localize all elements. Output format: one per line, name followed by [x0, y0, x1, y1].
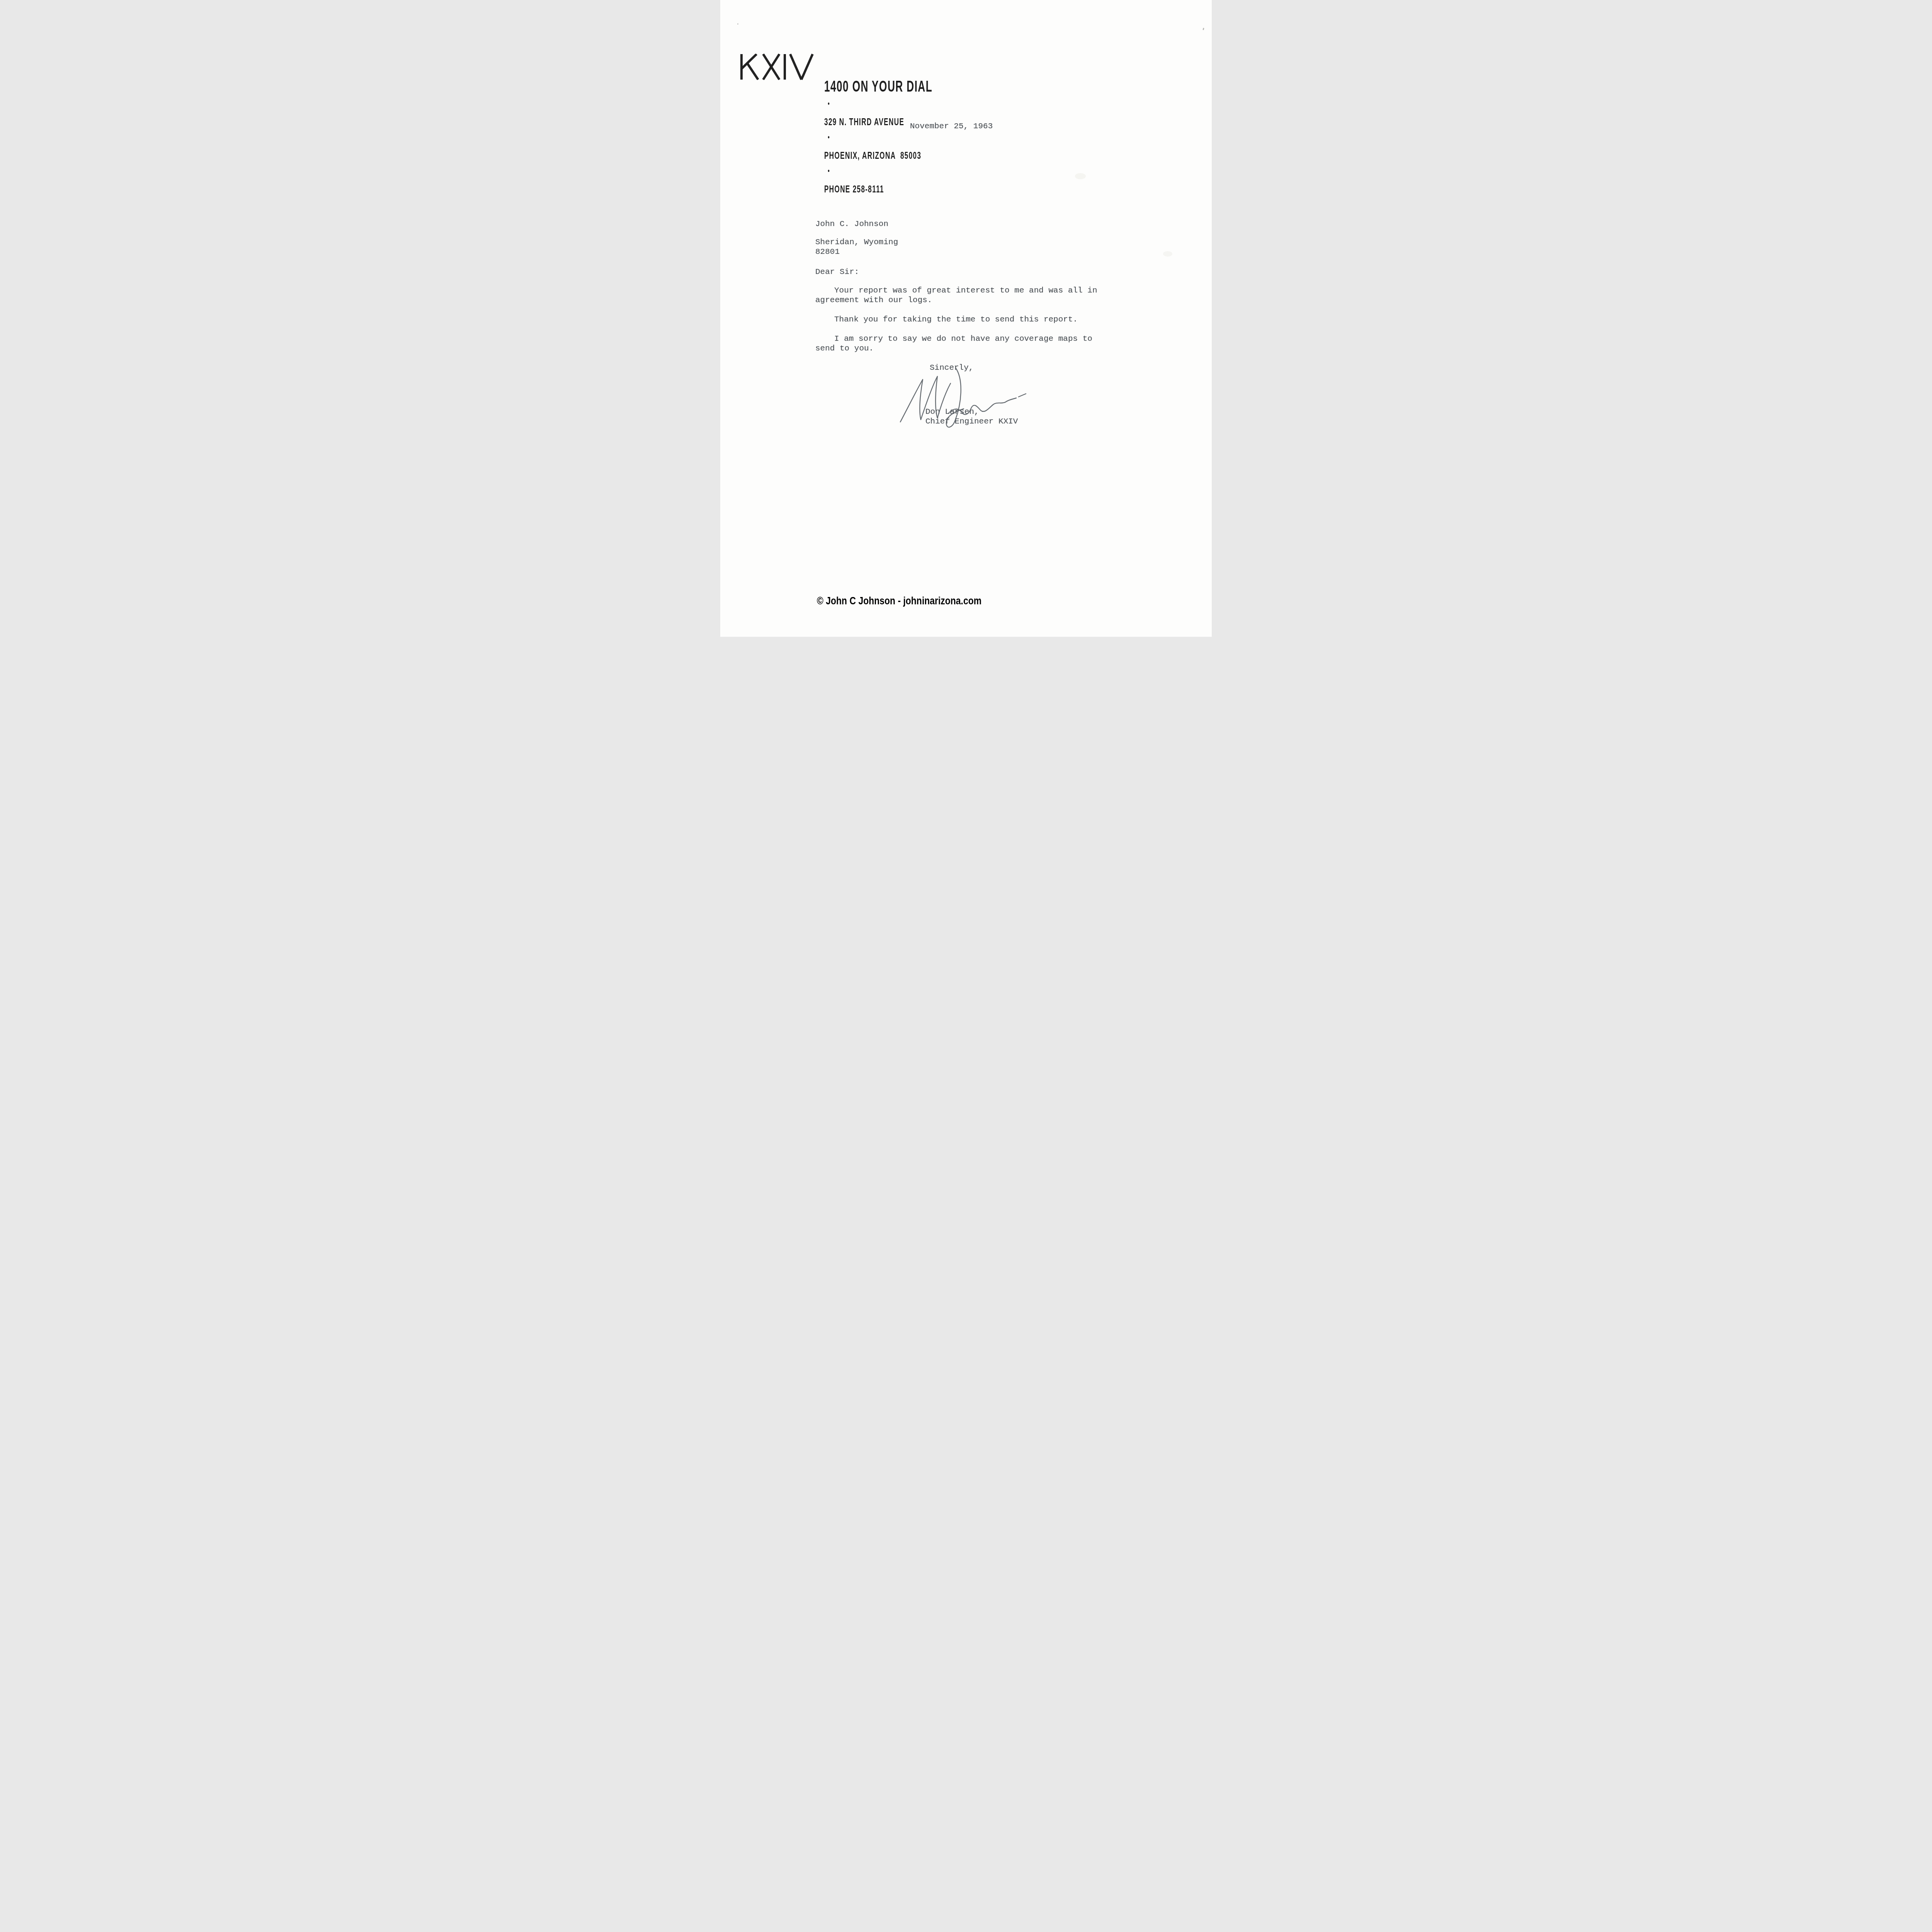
letterhead-phone: PHONE 258-8111 [824, 183, 884, 195]
kxiv-logo [738, 54, 814, 80]
dial-frequency-text: 1400 ON YOUR DIAL [824, 78, 932, 95]
bullet-icon: • [828, 133, 830, 142]
scan-speck [1202, 28, 1204, 31]
footer-credit: © John C Johnson - johninarizona.com [817, 595, 981, 607]
body-paragraph-line: send to you. [815, 344, 874, 354]
scanned-letter-page: 1400 ON YOUR DIAL • 329 N. THIRD AVENUE … [720, 0, 1212, 637]
handwritten-signature-icon [897, 366, 1030, 431]
letterhead-street: 329 N. THIRD AVENUE [824, 116, 904, 128]
body-paragraph-line: Your report was of great interest to me … [815, 286, 1097, 296]
letter-date: November 25, 1963 [910, 122, 993, 131]
body-paragraph-line: I am sorry to say we do not have any cov… [815, 334, 1092, 344]
letterhead-tagline: 1400 ON YOUR DIAL • 329 N. THIRD AVENUE … [818, 63, 932, 214]
scan-smudge [1163, 251, 1172, 257]
salutation: Dear Sir: [815, 267, 859, 277]
letterhead-city-state: PHOENIX, ARIZONA 85003 [824, 150, 921, 161]
bullet-icon: • [828, 100, 830, 108]
recipient-city: Sheridan, Wyoming [815, 238, 898, 247]
recipient-zip: 82801 [815, 247, 840, 257]
recipient-name: John C. Johnson [815, 219, 888, 229]
body-paragraph-line: Thank you for taking the time to send th… [815, 315, 1078, 325]
bullet-icon: • [828, 167, 830, 175]
scan-smudge [1075, 173, 1086, 179]
body-paragraph-line: agreement with our logs. [815, 296, 932, 305]
scan-speck [737, 23, 738, 25]
